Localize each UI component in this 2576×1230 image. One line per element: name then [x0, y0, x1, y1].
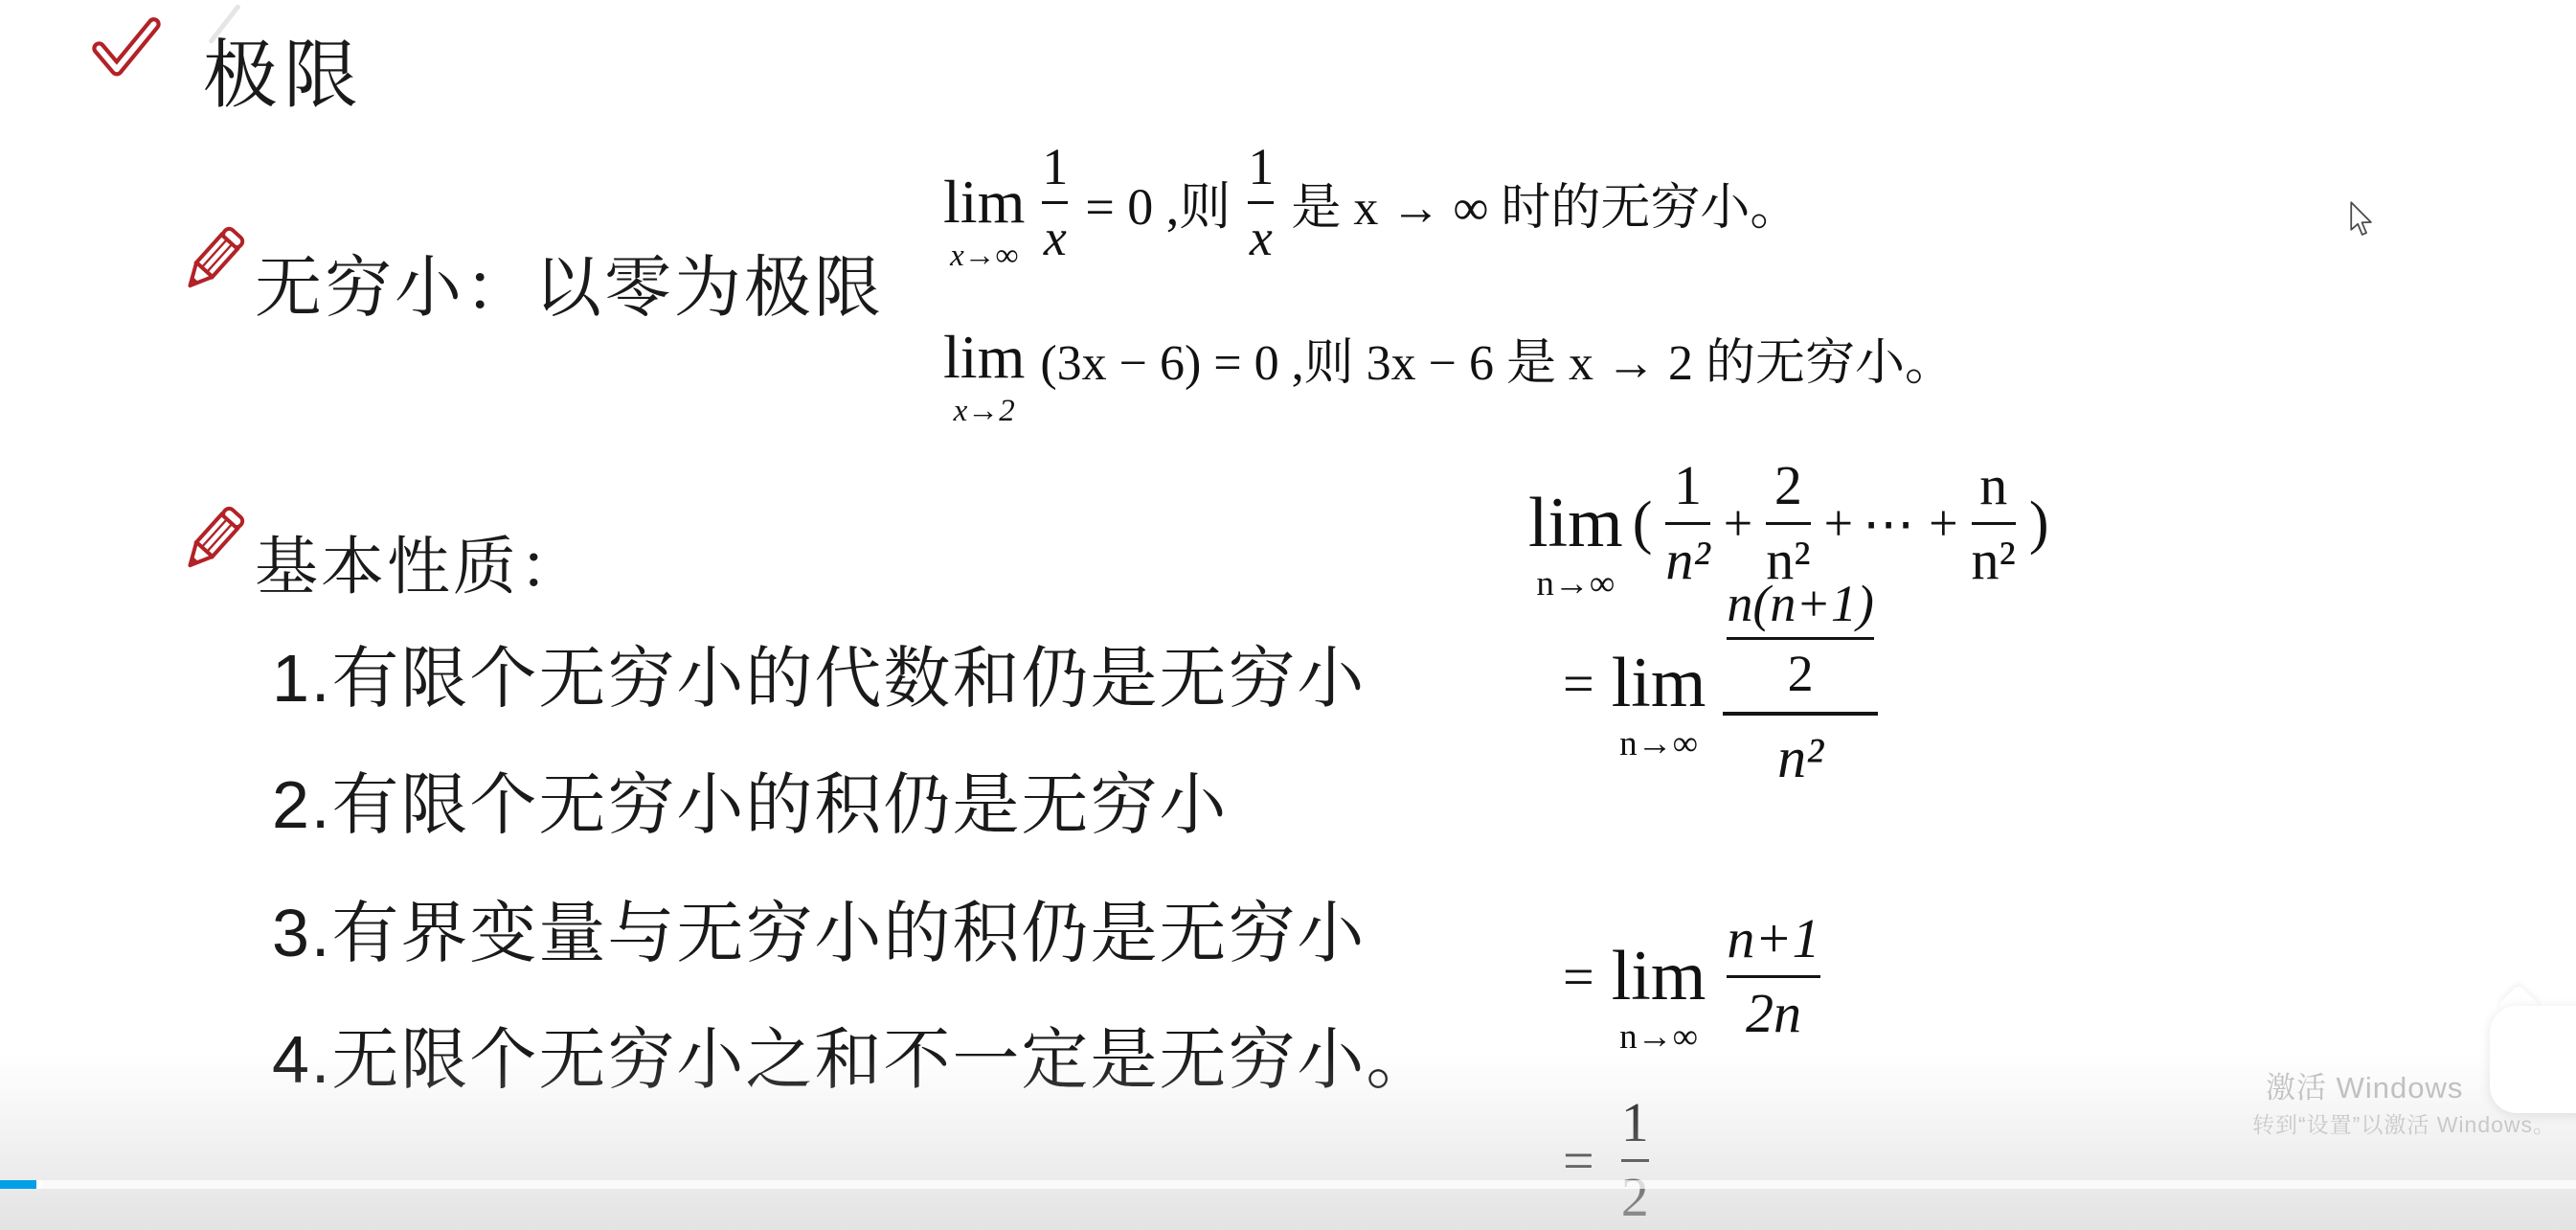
plus-sign: + [1929, 493, 1957, 553]
fraction: 2 n² [1762, 455, 1814, 592]
check-icon [86, 13, 167, 88]
plus-sign: + [1824, 493, 1853, 553]
limit-operator: lim n→∞ [1528, 488, 1623, 558]
fraction-bar [1665, 522, 1709, 525]
lim-text: lim [1612, 937, 1706, 1015]
fraction: 1 n² [1661, 455, 1713, 592]
property-item-4: 4.无限个无穷小之和不一定是无穷小。 [272, 1006, 1435, 1103]
property-item-1: 1.有限个无穷小的代数和仍是无穷小 [272, 625, 1366, 721]
fraction: 1 x [1244, 138, 1277, 266]
progress-handle-gap [36, 1180, 42, 1189]
fraction: n n² [1968, 455, 2020, 592]
fraction-numerator: n+1 [1727, 908, 1819, 970]
property-item-3: 3.有界变量与无穷小的积仍是无穷小 [272, 879, 1366, 976]
section-properties-label: 基本性质： [255, 515, 585, 606]
progress-track[interactable] [0, 1180, 2576, 1189]
math-example-1: lim x→∞ 1 x = 0 ,则 1 x 是 x → ∞ 时的无穷小。 [943, 119, 1799, 285]
property-item-2: 2.有限个无穷小的积仍是无穷小 [272, 751, 1228, 848]
mouse-cursor [2348, 201, 2375, 238]
lim-subscript: n→∞ [1619, 1019, 1698, 1055]
progress-fill[interactable] [0, 1180, 36, 1189]
math-example-2: lim x→2 (3x − 6) = 0 ,则 3x − 6 是 x → 2 的… [943, 293, 1955, 421]
fraction-denominator: 2 [1788, 645, 1814, 702]
limit-operator: lim x→2 [943, 327, 1025, 388]
equation-body: (3x − 6) = 0 ,则 3x − 6 是 x → 2 的无穷小。 [1040, 322, 1955, 394]
fraction-bar [1723, 712, 1877, 716]
page-title: 极限 [203, 15, 364, 123]
fraction-numerator: 1 [1042, 138, 1068, 195]
fraction-numerator: 1 [1248, 138, 1274, 195]
fraction-bar [1727, 637, 1873, 640]
equals-sign: = [1563, 945, 1594, 1009]
lim-subscript: x→2 [954, 396, 1015, 427]
fraction-bar [1042, 201, 1068, 204]
fraction-denominator: n² [1777, 724, 1823, 792]
fraction: 1 x [1038, 138, 1072, 266]
fraction: n+1 2n [1723, 908, 1823, 1045]
equation-middle: = 0 ,则 [1085, 166, 1231, 239]
stacked-fraction: n(n+1) 2 n² [1723, 575, 1877, 792]
lim-text: lim [943, 323, 1025, 391]
close-paren: ) [2029, 490, 2049, 558]
derivation-line-4: = 1 2 [1563, 1092, 1653, 1229]
fraction-bar [1621, 1159, 1649, 1162]
section-infinitesimal-label: 无穷小：以零为极限 [255, 234, 884, 330]
fraction-denominator: 2n [1746, 983, 1801, 1045]
fraction-denominator: x [1044, 209, 1067, 266]
fraction-denominator: x [1250, 209, 1273, 266]
slide: 极限 无穷小：以零为极限 lim x→∞ 1 x = 0 ,则 1 x 是 x … [0, 0, 2576, 1230]
lim-subscript: n→∞ [1619, 726, 1698, 762]
fraction-numerator: 1 [1674, 455, 1702, 517]
inner-fraction: n(n+1) 2 [1723, 575, 1877, 703]
fraction-numerator: n [1979, 455, 2007, 517]
fraction-bar [1248, 201, 1274, 204]
equals-sign: = [1563, 651, 1594, 716]
fraction-bar [1972, 522, 2016, 525]
lim-text: lim [1528, 484, 1623, 562]
lim-text: lim [943, 168, 1025, 236]
limit-operator: lim x→∞ [943, 171, 1025, 233]
plus-sign: + [1724, 493, 1752, 553]
fraction-bar [1727, 975, 1819, 978]
fraction: 1 2 [1617, 1092, 1653, 1229]
lim-subscript: x→∞ [950, 240, 1018, 272]
pencil-icon [174, 220, 251, 301]
pencil-icon [174, 500, 251, 581]
ellipsis: ⋯ [1863, 493, 1919, 554]
lim-text: lim [1612, 644, 1706, 722]
limit-operator: lim n→∞ [1612, 648, 1706, 718]
derivation-line-2: = lim n→∞ n(n+1) 2 n² [1563, 575, 1878, 792]
fraction-numerator: 1 [1621, 1092, 1649, 1154]
fraction-bar [1766, 522, 1810, 525]
limit-operator: lim n→∞ [1612, 941, 1706, 1012]
equation-tail: 是 x → ∞ 时的无穷小。 [1291, 167, 1799, 239]
fraction-numerator: n(n+1) [1727, 575, 1873, 632]
recorder-overlay-icon[interactable] [2490, 1006, 2576, 1113]
fraction-numerator: 2 [1774, 455, 1802, 517]
derivation-line-3: = lim n→∞ n+1 2n [1563, 908, 1824, 1045]
open-paren: ( [1633, 490, 1653, 558]
activate-windows-watermark: 激活 Windows [2266, 1063, 2463, 1106]
fraction-denominator: n² [1972, 530, 2016, 592]
fraction-denominator: 2 [1621, 1167, 1649, 1229]
